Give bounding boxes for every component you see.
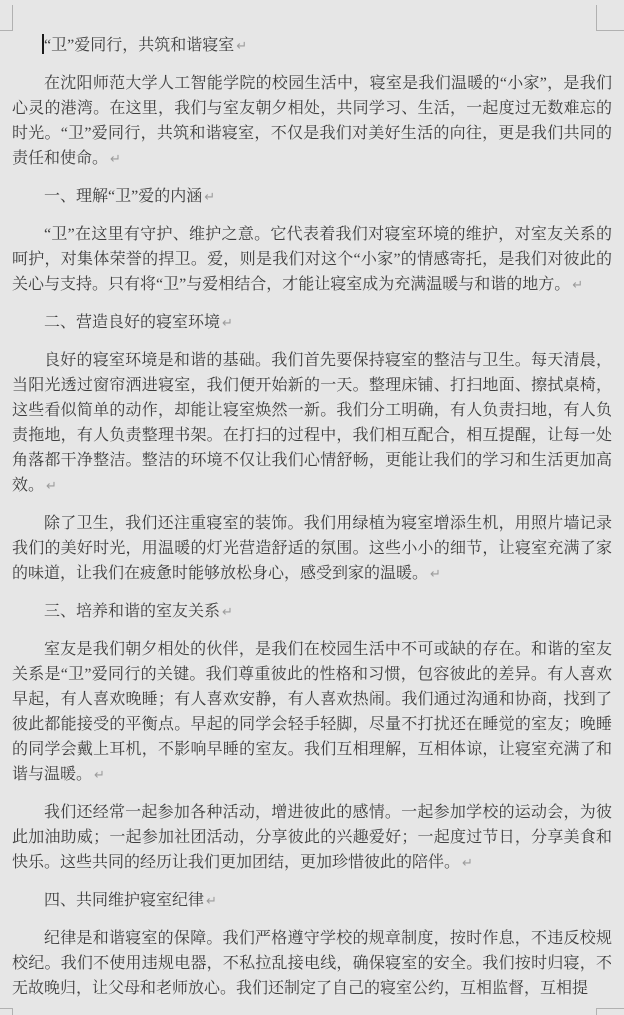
paragraph-mark-icon: ↵ (220, 605, 233, 620)
paragraph-text: “卫”在这里有守护、维护之意。它代表着我们对寝室环境的维护，对室友关系的呵护，对… (12, 226, 612, 293)
heading-section-2[interactable]: 二、营造良好的寝室环境↵ (12, 310, 612, 336)
paragraph-mark-icon: ↵ (108, 152, 121, 167)
margin-mark-bottom-left-icon (0, 1008, 13, 1015)
paragraph[interactable]: 纪律是和谐寝室的保障。我们严格遵守学校的规章制度，按时作息，不违反校规校纪。我们… (12, 926, 612, 1001)
heading-section-3[interactable]: 三、培养和谐的室友关系↵ (12, 599, 612, 625)
paragraph-text: 在沈阳师范大学人工智能学院的校园生活中，寝室是我们温暖的“小家”，是我们心灵的港… (12, 75, 612, 167)
document-title[interactable]: “卫”爱同行，共筑和谐寝室↵ (12, 33, 612, 59)
paragraph[interactable]: 室友是我们朝夕相处的伙伴，是我们在校园生活中不可或缺的存在。和谐的室友关系是“卫… (12, 637, 612, 788)
paragraph-mark-icon: ↵ (204, 894, 217, 909)
heading-text: 三、培养和谐的室友关系 (44, 603, 220, 620)
paragraph-mark-icon: ↵ (428, 567, 441, 582)
document-text-area[interactable]: “卫”爱同行，共筑和谐寝室↵ 在沈阳师范大学人工智能学院的校园生活中，寝室是我们… (12, 33, 612, 1001)
margin-mark-top-left-icon (0, 5, 13, 31)
title-text: “卫”爱同行，共筑和谐寝室 (44, 37, 234, 54)
paragraph-text: 室友是我们朝夕相处的伙伴，是我们在校园生活中不可或缺的存在。和谐的室友关系是“卫… (12, 641, 612, 783)
paragraph[interactable]: 除了卫生，我们还注重寝室的装饰。我们用绿植为寝室增添生机，用照片墙记录我们的美好… (12, 511, 612, 587)
paragraph-mark-icon: ↵ (202, 190, 215, 205)
heading-text: 四、共同维护寝室纪律 (44, 892, 204, 909)
heading-text: 二、营造良好的寝室环境 (44, 314, 220, 331)
paragraph[interactable]: 良好的寝室环境是和谐的基础。我们首先要保持寝室的整洁与卫生。每天清晨，当阳光透过… (12, 348, 612, 499)
paragraph[interactable]: “卫”在这里有守护、维护之意。它代表着我们对寝室环境的维护，对室友关系的呵护，对… (12, 222, 612, 298)
paragraph-mark-icon: ↵ (234, 39, 247, 54)
paragraph[interactable]: 在沈阳师范大学人工智能学院的校园生活中，寝室是我们温暖的“小家”，是我们心灵的港… (12, 71, 612, 172)
paragraph-text: 良好的寝室环境是和谐的基础。我们首先要保持寝室的整洁与卫生。每天清晨，当阳光透过… (12, 352, 612, 494)
paragraph-text: 除了卫生，我们还注重寝室的装饰。我们用绿植为寝室增添生机，用照片墙记录我们的美好… (12, 515, 612, 582)
margin-mark-top-right-icon (596, 5, 624, 31)
paragraph-mark-icon: ↵ (44, 479, 57, 494)
paragraph-text: 我们还经常一起参加各种活动，增进彼此的感情。一起参加学校的运动会，为彼此加油助威… (12, 804, 612, 871)
paragraph[interactable]: 我们还经常一起参加各种活动，增进彼此的感情。一起参加学校的运动会，为彼此加油助威… (12, 800, 612, 876)
heading-text: 一、理解“卫”爱的内涵 (44, 188, 202, 205)
heading-section-4[interactable]: 四、共同维护寝室纪律↵ (12, 888, 612, 914)
margin-mark-bottom-right-icon (596, 1008, 624, 1015)
paragraph-text: 纪律是和谐寝室的保障。我们严格遵守学校的规章制度，按时作息，不违反校规校纪。我们… (12, 930, 612, 997)
paragraph-mark-icon: ↵ (220, 316, 233, 331)
text-cursor (42, 34, 44, 54)
paragraph-mark-icon: ↵ (92, 768, 105, 783)
heading-section-1[interactable]: 一、理解“卫”爱的内涵↵ (12, 184, 612, 210)
paragraph-mark-icon: ↵ (460, 856, 473, 871)
paragraph-mark-icon: ↵ (570, 278, 583, 293)
document-page[interactable]: “卫”爱同行，共筑和谐寝室↵ 在沈阳师范大学人工智能学院的校园生活中，寝室是我们… (0, 0, 624, 1015)
